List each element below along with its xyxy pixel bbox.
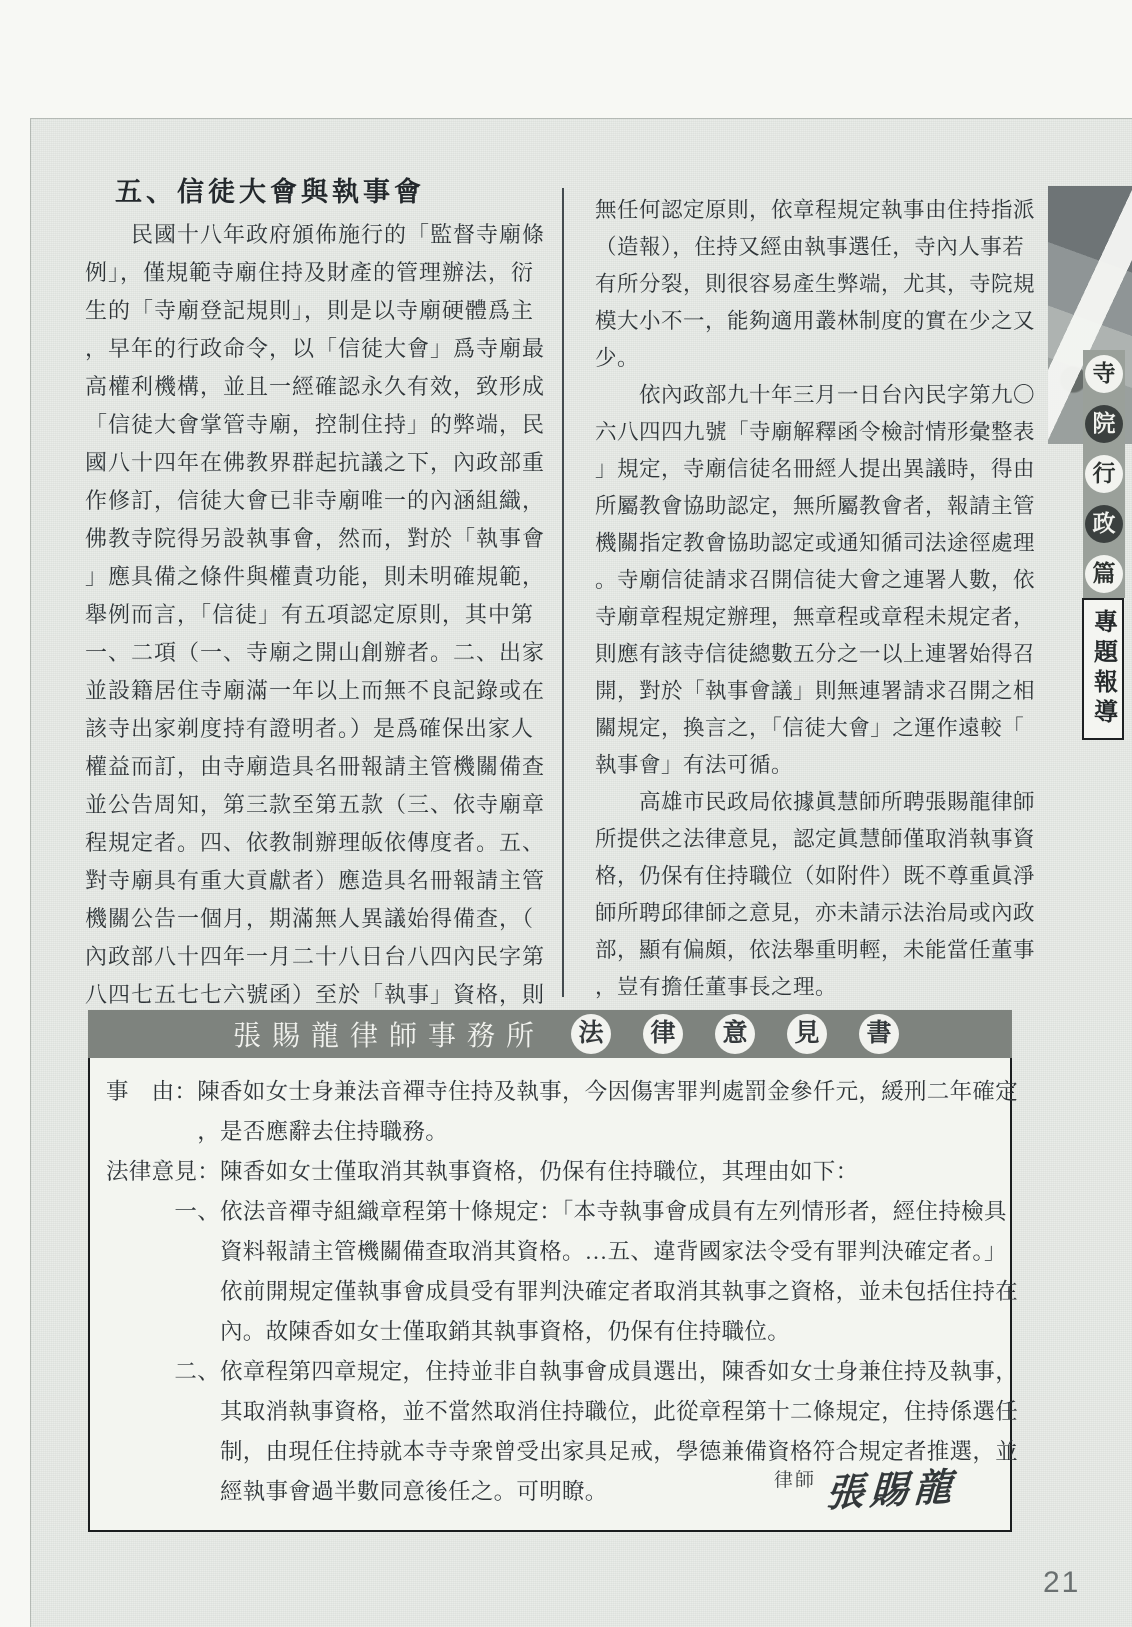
left-column: 五、信徒大會與執事會 民國十八年政府頒佈施行的「監督寺廟條例」，僅規範寺廟住持及… [85,170,577,1014]
law-firm-name: 張賜龍律師事務所 [233,1014,545,1054]
text-line: 則應有該寺信徒總數五分之一以上連署始得召 [595,636,1045,673]
text-line: 對寺廟具有重大貢獻者）應造具名冊報請主管 [85,862,577,900]
scanned-page: 五、信徒大會與執事會 民國十八年政府頒佈施行的「監督寺廟條例」，僅規範寺廟住持及… [30,118,1132,1627]
text-line: 所屬教會協助認定，無所屬教會者，報請主管 [595,488,1045,525]
text-line: 並公告周知，第三款至第五款（三、依寺廟章 [85,786,577,824]
lawyer-signature: 律師 張賜龍 [774,1459,958,1514]
text-line: 有所分裂，則很容易產生弊端，尤其，寺院規 [595,266,1045,303]
left-column-text: 民國十八年政府頒佈施行的「監督寺廟條例」，僅規範寺廟住持及財產的管理辦法，衍生的… [85,216,577,1014]
text-line: 關規定，換言之，「信徒大會」之運作遠較「 [595,710,1045,747]
text-line: 程規定者。四、依教制辦理皈依傳度者。五、 [85,824,577,862]
signature-title: 律師 [774,1465,816,1492]
text-line: 」規定，寺廟信徒名冊經人提出異議時，得由 [595,451,1045,488]
legal-text-line: 法律意見：陳香如女士僅取消其執事資格，仍保有住持職位，其理由如下： [106,1152,992,1192]
legal-title-circles: 法律意見書 [571,1014,931,1054]
text-line: 一、二項（一、寺廟之開山創辦者。二、出家 [85,634,577,672]
section-tab-char: 寺 [1085,355,1123,393]
text-line: 所提供之法律意見，認定眞慧師僅取消執事資 [595,821,1045,858]
text-line: 例」，僅規範寺廟住持及財產的管理辦法，衍 [85,254,577,292]
text-line: ，豈有擔任董事長之理。 [595,969,1045,1006]
text-line: ，早年的行政命令，以「信徒大會」爲寺廟最 [85,330,577,368]
text-line: 寺廟章程規定辦理，無章程或章程未規定者， [595,599,1045,636]
section-tab-char: 政 [1085,505,1123,543]
text-line: 。寺廟信徒請求召開信徒大會之連署人數，依 [595,562,1045,599]
legal-text-line: 其取消執事資格，並不當然取消住持職位，此從章程第十二條規定，住持係選任 [106,1392,992,1432]
legal-text-line: 事 由：陳香如女士身兼法音禪寺住持及執事，今因傷害罪判處罰金參仟元，緩刑二年確定 [106,1072,992,1112]
legal-opinion-box: 張賜龍律師事務所 法律意見書 事 由：陳香如女士身兼法音禪寺住持及執事，今因傷害… [88,1010,1012,1532]
legal-title-char: 法 [571,1014,611,1054]
text-line: 師所聘邱律師之意見，亦未請示法治局或內政 [595,895,1045,932]
text-line: 機關公告一個月，期滿無人異議始得備查，（ [85,900,577,938]
text-line: 少。 [595,340,1045,377]
text-line: 權益而訂，由寺廟造具名冊報請主管機關備查 [85,748,577,786]
text-line: 國八十四年在佛教界群起抗議之下，內政部重 [85,444,577,482]
text-line: 高權利機構，並且一經確認永久有效，致形成 [85,368,577,406]
right-column-text: 無任何認定原則，依章程規定執事由住持指派（造報），住持又經由執事選任，寺內人事若… [595,192,1045,1006]
signature-name: 張賜龍 [825,1455,960,1517]
right-column: 無任何認定原則，依章程規定執事由住持指派（造報），住持又經由執事選任，寺內人事若… [595,192,1045,1006]
text-line: 開，對於「執事會議」則無連署請求召開之相 [595,673,1045,710]
section-tab-bar: 寺院行政篇 [1083,350,1125,598]
text-line: 」應具備之條件與權責功能，則未明確規範， [85,558,577,596]
text-line: 作修訂，信徒大會已非寺廟唯一的內涵組織， [85,482,577,520]
legal-text-line: 依前開規定僅執事會成員受有罪判決確定者取消其執事之資格，並未包括住持在 [106,1272,992,1312]
text-line: 模大小不一，能夠適用叢林制度的實在少之又 [595,303,1045,340]
legal-title-char: 律 [643,1014,683,1054]
column-divider [562,188,564,997]
text-line: 內政部八十四年一月二十八日台八四內民字第 [85,938,577,976]
text-line: 無任何認定原則，依章程規定執事由住持指派 [595,192,1045,229]
page-number: 21 [1043,1566,1080,1600]
text-line: 部，顯有偏頗，依法舉重明輕，未能當任董事 [595,932,1045,969]
text-line: 機關指定教會協助認定或通知循司法途徑處理 [595,525,1045,562]
legal-text-line: 二、依章程第四章規定，住持並非自執事會成員選出，陳香如女士身兼住持及執事， [106,1352,992,1392]
article-heading: 五、信徒大會與執事會 [85,170,577,216]
legal-box-text: 事 由：陳香如女士身兼法音禪寺住持及執事，今因傷害罪判處罰金參仟元，緩刑二年確定… [106,1072,992,1512]
legal-title-char: 見 [787,1014,827,1054]
text-line: 「信徒大會掌管寺廟，控制住持」的弊端，民 [85,406,577,444]
text-line: 執事會」有法可循。 [595,747,1045,784]
text-line: 民國十八年政府頒佈施行的「監督寺廟條 [85,216,577,254]
text-line: 舉例而言，「信徒」有五項認定原則，其中第 [85,596,577,634]
section-tab-char: 篇 [1085,555,1123,593]
section-tab-char: 行 [1085,455,1123,493]
legal-title-char: 意 [715,1014,755,1054]
section-tab-char: 院 [1085,405,1123,443]
text-line: 依內政部九十年三月一日台內民字第九〇 [595,377,1045,414]
legal-box-body: 事 由：陳香如女士身兼法音禪寺住持及執事，今因傷害罪判處罰金參仟元，緩刑二年確定… [88,1058,1012,1532]
text-line: 六八四四九號「寺廟解釋函令檢討情形彙整表 [595,414,1045,451]
legal-text-line: 資料報請主管機關備查取消其資格。…五、違背國家法令受有罪判決確定者。」 [106,1232,992,1272]
text-line: 佛教寺院得另設執事會，然而，對於「執事會 [85,520,577,558]
text-line: 格，仍保有住持職位（如附件）既不尊重眞淨 [595,858,1045,895]
text-line: （造報），住持又經由執事選任，寺內人事若 [595,229,1045,266]
text-line: 八四七五七七六號函）至於「執事」資格，則 [85,976,577,1014]
text-line: 生的「寺廟登記規則」，則是以寺廟硬體爲主 [85,292,577,330]
legal-box-header: 張賜龍律師事務所 法律意見書 [88,1010,1012,1058]
topic-label: 專題報導 [1082,598,1124,740]
legal-title-char: 書 [859,1014,899,1054]
text-line: 並設籍居住寺廟滿一年以上而無不良記錄或在 [85,672,577,710]
text-line: 高雄市民政局依據眞慧師所聘張賜龍律師 [595,784,1045,821]
legal-text-line: 內。故陳香如女士僅取銷其執事資格，仍保有住持職位。 [106,1312,992,1352]
text-line: 該寺出家剃度持有證明者。）是爲確保出家人 [85,710,577,748]
legal-text-line: ，是否應辭去住持職務。 [106,1112,992,1152]
legal-text-line: 一、依法音禪寺組織章程第十條規定：「本寺執事會成員有左列情形者，經住持檢具 [106,1192,992,1232]
